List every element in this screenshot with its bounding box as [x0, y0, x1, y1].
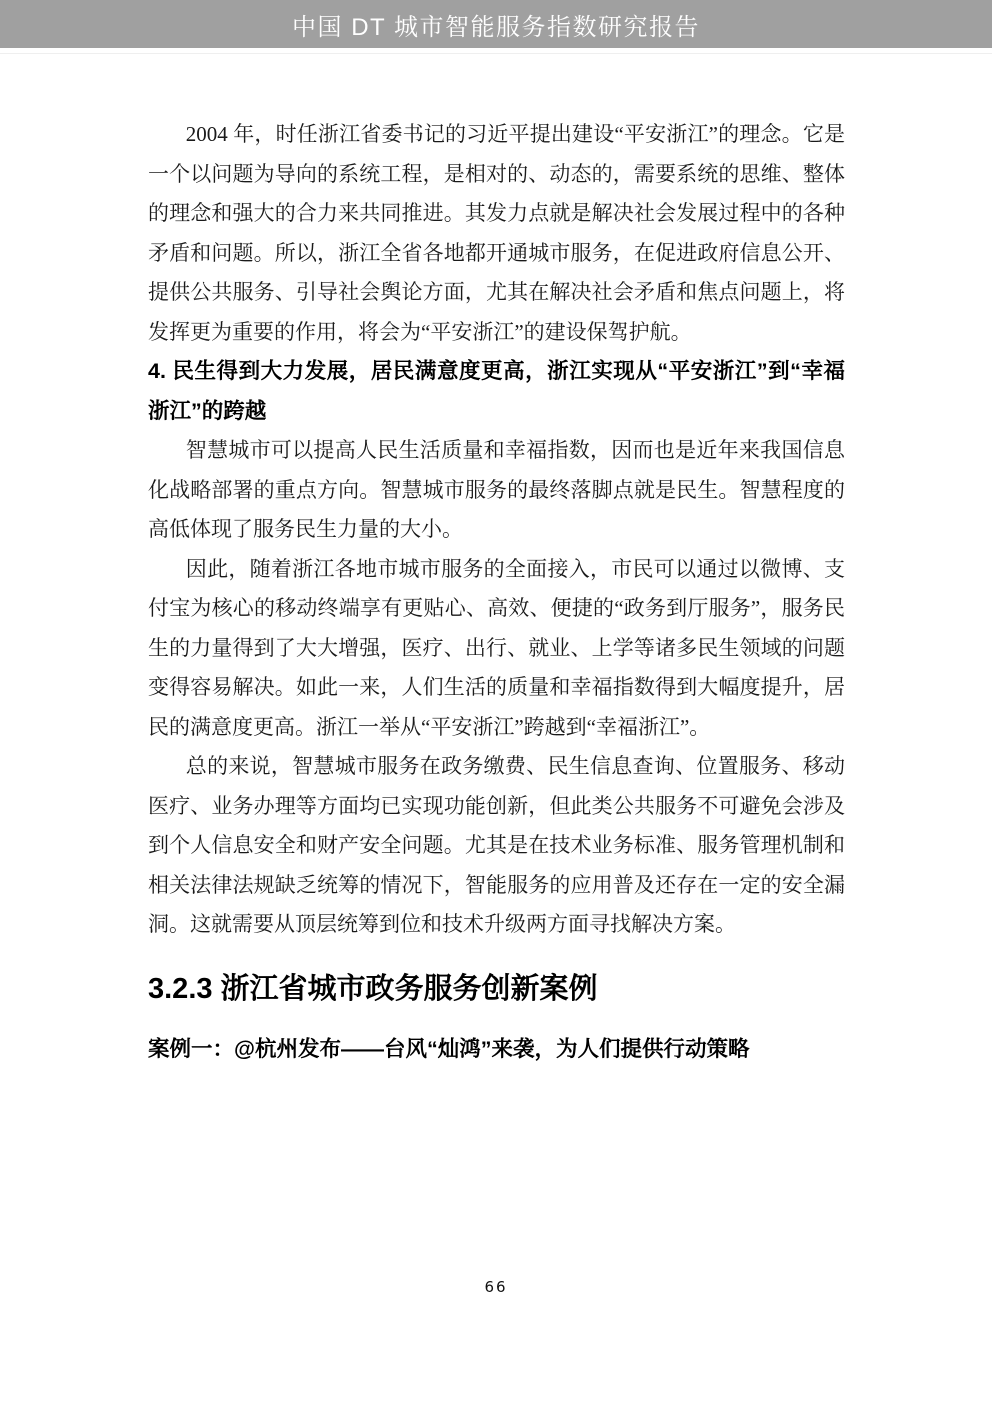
body-paragraph-4: 总的来说，智慧城市服务在政务缴费、民生信息查询、位置服务、移动医疗、业务办理等方…	[148, 747, 845, 945]
section-heading: 3.2.3 浙江省城市政务服务创新案例	[148, 972, 845, 1006]
page-header: 中国 DT 城市智能服务指数研究报告	[0, 0, 992, 48]
report-page: 中国 DT 城市智能服务指数研究报告 2004 年，时任浙江省委书记的习近平提出…	[0, 0, 992, 1403]
content-area: 2004 年，时任浙江省委书记的习近平提出建设“平安浙江”的理念。它是一个以问题…	[148, 115, 845, 1064]
case-study-heading: 案例一：@杭州发布——台风“灿鸿”来袭，为人们提供行动策略	[148, 1034, 845, 1064]
body-paragraph-2: 智慧城市可以提高人民生活质量和幸福指数，因而也是近年来我国信息化战略部署的重点方…	[148, 431, 845, 550]
page-number: 66	[0, 1278, 992, 1296]
subsection-heading: 4. 民生得到大力发展，居民满意度更高，浙江实现从“平安浙江”到“幸福浙江”的跨…	[148, 352, 845, 431]
body-paragraph-1: 2004 年，时任浙江省委书记的习近平提出建设“平安浙江”的理念。它是一个以问题…	[148, 115, 845, 352]
body-paragraph-3: 因此，随着浙江各地市城市服务的全面接入，市民可以通过以微博、支付宝为核心的移动终…	[148, 550, 845, 748]
header-divider	[0, 53, 992, 54]
header-title: 中国 DT 城市智能服务指数研究报告	[292, 7, 700, 42]
